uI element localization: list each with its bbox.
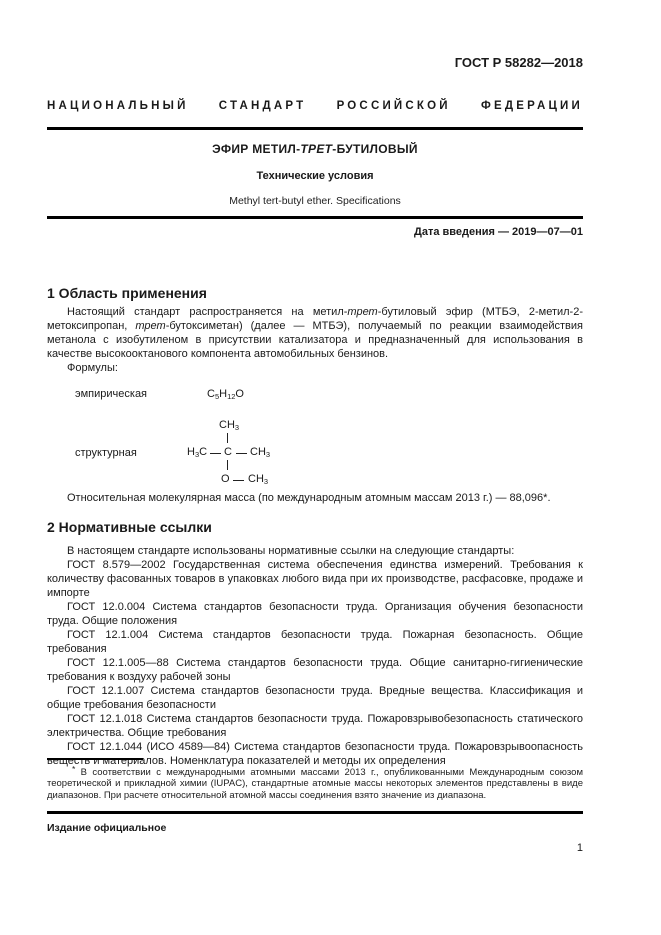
empirical-label: эмпирическая [75,387,207,404]
footnote-separator [47,758,143,760]
title-divider [47,216,583,219]
bond-vertical-bottom [227,460,228,470]
empirical-formula-row: эмпирическая C5H12O [47,387,583,404]
structural-left-h3c: H3C [187,446,207,461]
federation-banner: НАЦИОНАЛЬНЫЙ СТАНДАРТ РОССИЙСКОЙ ФЕДЕРАЦ… [47,100,583,113]
bond-horizontal-oxygen [233,480,244,481]
footer-divider [47,811,583,814]
section-1-heading: 1 Область применения [47,285,583,301]
reference-item: ГОСТ 12.1.007 Система стандартов безопас… [47,684,583,712]
reference-item: ГОСТ 12.1.004 Система стандартов безопас… [47,628,583,656]
footnote-block: * В соответствии с международными атомны… [47,758,583,801]
molecular-mass-line: Относительная молекулярная масса (по меж… [47,491,583,505]
references-intro: В настоящем стандарте использованы норма… [47,544,583,558]
structural-right-ch3: CH3 [250,446,270,461]
document-title: ЭФИР МЕТИЛ-ТРЕТ-БУТИЛОВЫЙ [47,142,583,156]
bond-horizontal-left [210,453,221,454]
page-number: 1 [577,842,583,854]
footnote-text: * В соответствии с международными атомны… [47,764,583,801]
references-list: ГОСТ 8.579—2002 Государственная система … [47,558,583,768]
reference-item: ГОСТ 8.579—2002 Государственная система … [47,558,583,600]
scope-paragraph: Настоящий стандарт распространяется на м… [47,305,583,361]
document-title-en: Methyl tert-butyl ether. Specifications [47,195,583,207]
section-2-heading: 2 Нормативные ссылки [47,519,583,535]
doc-number: ГОСТ Р 58282—2018 [47,55,583,70]
reference-item: ГОСТ 12.1.005—88 Система стандартов безо… [47,656,583,684]
formulas-label: Формулы: [47,361,583,375]
document-subtitle: Технические условия [47,170,583,183]
reference-item: ГОСТ 12.0.004 Система стандартов безопас… [47,600,583,628]
structural-top-ch3: CH3 [219,419,239,434]
structural-oxygen: O [221,473,230,486]
bond-horizontal-right [236,453,247,454]
structural-bottom-ch3: CH3 [248,473,268,488]
effective-date: Дата введения — 2019—07—01 [47,226,583,239]
reference-item: ГОСТ 12.1.018 Система стандартов безопас… [47,712,583,740]
structural-center-c: C [224,446,232,459]
bond-vertical-top [227,433,228,443]
edition-note: Издание официальное [47,822,166,834]
header-divider [47,127,583,130]
empirical-formula: C5H12O [207,387,244,404]
structural-formula: структурная CH3 H3C C CH3 O CH3 [47,419,583,487]
document-page: ГОСТ Р 58282—2018 НАЦИОНАЛЬНЫЙ СТАНДАРТ … [0,0,661,935]
